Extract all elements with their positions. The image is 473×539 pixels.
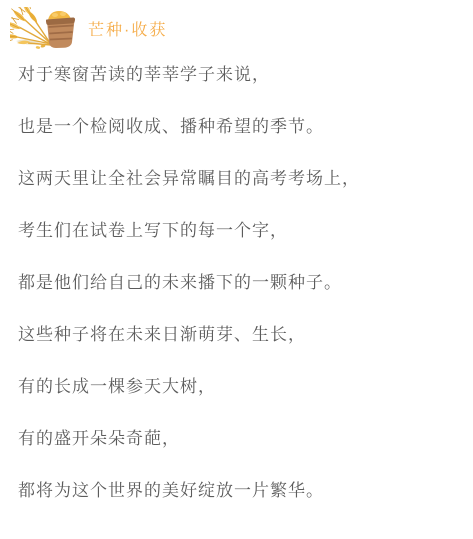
paragraph: 有的盛开朵朵奇葩， [18,430,455,447]
paragraph: 这些种子将在未来日渐萌芽、生长， [18,326,455,343]
paragraph: 也是一个检阅收成、播种希望的季节。 [18,118,455,135]
paragraph: 都是他们给自己的未来播下的一颗种子。 [18,274,455,291]
paragraph: 对于寒窗苦读的莘莘学子来说， [18,66,455,83]
paragraph: 考生们在试卷上写下的每一个字， [18,222,455,239]
paragraph: 都将为这个世界的美好绽放一片繁华。 [18,482,455,499]
section-title: 芒种·收获 [88,17,167,40]
article-header: 芒种·收获 [0,0,473,50]
article-page: 芒种·收获 对于寒窗苦读的莘莘学子来说， 也是一个检阅收成、播种希望的季节。 这… [0,0,473,539]
paragraph: 有的长成一棵参天大树， [18,378,455,395]
paragraph: 这两天里让全社会异常瞩目的高考考场上， [18,170,455,187]
wheat-harvest-icon [10,7,76,49]
article-body: 对于寒窗苦读的莘莘学子来说， 也是一个检阅收成、播种希望的季节。 这两天里让全社… [0,50,473,499]
